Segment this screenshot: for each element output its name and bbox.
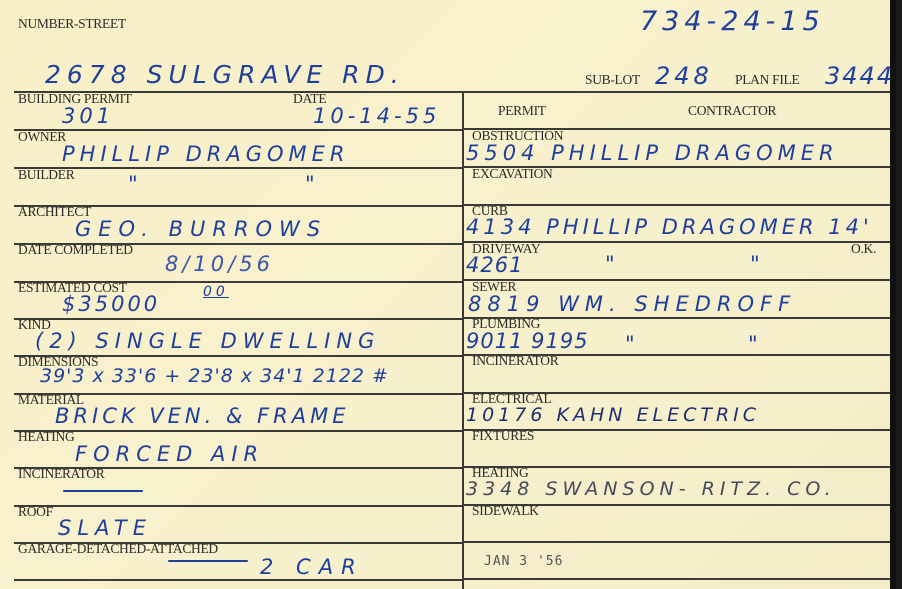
- permit-date-value: 10-14-55: [313, 104, 440, 128]
- date-completed-label: DATE COMPLETED: [18, 242, 133, 258]
- plumbing-ditto: ": [625, 332, 639, 356]
- contractor-column-header: CONTRACTOR: [688, 103, 776, 119]
- attached-underline-mark: [168, 560, 248, 562]
- heating-value: FORCED AIR: [75, 442, 264, 466]
- fixtures-label: FIXTURES: [472, 428, 534, 444]
- rule: [463, 279, 890, 281]
- electrical-value: 10176 KAHN ELECTRIC: [466, 404, 760, 426]
- roof-value: SLATE: [58, 516, 152, 540]
- builder-ditto: ": [305, 172, 319, 196]
- garage-value: 2 CAR: [260, 555, 364, 579]
- permit-column-header: PERMIT: [498, 103, 546, 119]
- rule: [14, 129, 463, 131]
- number-street-label: NUMBER-STREET: [18, 16, 126, 32]
- rule: [14, 91, 890, 93]
- scan-edge: [890, 0, 896, 589]
- plan-file-value: 3444: [825, 62, 894, 90]
- dimensions-value: 39'3 x 33'6 + 23'8 x 34'1 2122 #: [40, 365, 389, 387]
- incinerator-dash-mark: [63, 490, 143, 492]
- rule: [463, 578, 890, 580]
- address: 2678 SULGRAVE RD.: [45, 60, 405, 89]
- estimated-cost-cents: 00: [203, 284, 229, 300]
- owner-label: OWNER: [18, 129, 66, 145]
- driveway-ditto: ": [750, 252, 764, 276]
- estimated-cost-value: $35000: [62, 292, 160, 316]
- rule: [14, 505, 463, 507]
- rule: [14, 167, 463, 169]
- sidewalk-label: SIDEWALK: [472, 503, 539, 519]
- architect-value: GEO. BURROWS: [75, 217, 327, 241]
- builder-ditto: ": [128, 172, 142, 196]
- curb-value: 4134 PHILLIP DRAGOMER 14': [466, 215, 873, 239]
- plumbing-ditto: ": [748, 332, 762, 356]
- sub-lot-label: SUB-LOT: [585, 72, 640, 88]
- owner-value: PHILLIP DRAGOMER: [62, 142, 350, 166]
- rule: [14, 430, 463, 432]
- garage-label: GARAGE-DETACHED-ATTACHED: [18, 541, 218, 557]
- date-stamp: JAN 3 '56: [484, 554, 563, 569]
- file-number: 734-24-15: [640, 6, 825, 37]
- column-divider: [462, 91, 464, 589]
- incinerator-permit-label: INCINERATOR: [472, 353, 558, 369]
- incinerator-label: INCINERATOR: [18, 466, 104, 482]
- driveway-ditto: ": [605, 252, 619, 276]
- permit-card: NUMBER-STREET 734-24-15 2678 SULGRAVE RD…: [0, 0, 896, 589]
- obstruction-value: 5504 PHILLIP DRAGOMER: [466, 141, 839, 165]
- driveway-permit-value: 4261: [466, 253, 523, 277]
- heating-permit-value: 3348 SWANSON- RITZ. CO.: [466, 478, 836, 500]
- date-completed-value: 8/10/56: [165, 252, 274, 276]
- excavation-label: EXCAVATION: [472, 166, 553, 182]
- rule: [14, 579, 463, 581]
- material-value: BRICK VEN. & FRAME: [55, 404, 349, 428]
- rule: [463, 541, 890, 543]
- rule: [463, 204, 890, 206]
- rule: [14, 318, 463, 320]
- sub-lot-value: 248: [655, 62, 713, 90]
- building-permit-value: 301: [62, 104, 114, 128]
- builder-label: BUILDER: [18, 167, 74, 183]
- plumbing-permit-value: 9011 9195: [466, 329, 589, 353]
- kind-value: (2) SINGLE DWELLING: [35, 329, 380, 353]
- heating-label: HEATING: [18, 429, 74, 445]
- roof-label: ROOF: [18, 504, 53, 520]
- plan-file-label: PLAN FILE: [735, 72, 799, 88]
- sewer-value: 8819 WM. SHEDROFF: [468, 292, 796, 316]
- curb-ok: O.K.: [851, 241, 876, 257]
